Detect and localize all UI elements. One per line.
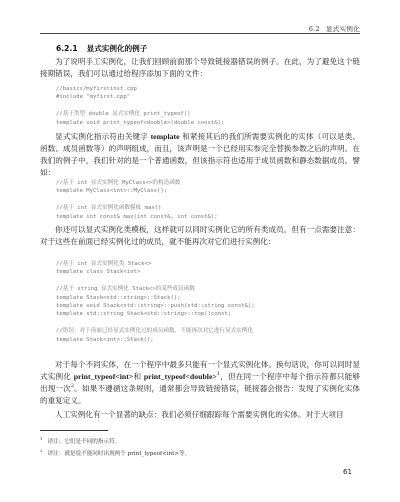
footnote-mark: 2	[40, 448, 43, 453]
text-segment: 和	[133, 372, 144, 381]
footnote-1: 1译注：它们是不同的指示符。	[40, 437, 120, 445]
text-segment: 人工实例化有一个显著的缺点：我们必须仔细跟踪每个需要实例化的实体。对于大项目	[55, 410, 344, 419]
code-line: template void print_typeof<double>(doubl…	[56, 119, 224, 127]
header-section-number: 6.2	[309, 25, 320, 33]
section-number: 6.2.1	[56, 44, 78, 53]
text-segment: 显式实例化指示符由关键字	[55, 132, 151, 141]
code-line: //basics/myfirstinst.cpp	[56, 85, 224, 93]
running-header: 6.2显式实例化	[40, 24, 360, 33]
code-line: //基于类型 double 显式实例化 print_typeof()	[56, 110, 224, 118]
footnote-text: 译注：就是说不能同时出现两个 print_typeof<int>等。	[48, 451, 191, 457]
code-line: template MyClass<int>::MyClass();	[56, 187, 218, 195]
code-line: #include "myfirst.cpp"	[56, 93, 224, 101]
paragraph-drawback: 人工实例化有一个显著的缺点：我们必须仔细跟踪每个需要实例化的实体。对于大项目	[40, 409, 360, 421]
code-line: //错误：对于前面已经显式实例化过的成员函数，不能再次对它进行显式实例化	[56, 327, 255, 335]
code-line: template std::string Stack<std::string>:…	[56, 310, 255, 318]
code-line	[56, 102, 224, 110]
inline-code-print-typeof-double: print_typeof<double>	[144, 372, 217, 381]
code-line: template Stack<int>::Stack();	[56, 336, 255, 344]
code-block-stack: //基于 int 显式实例化类 Stack<>template class St…	[56, 260, 255, 344]
code-line: template Stack<std::string>::Stack();	[56, 294, 255, 302]
paragraph-class-template: 你还可以显式实例化类模板，这样就可以同时实例化它的所有类成员。但有一点需要注意：…	[40, 224, 360, 248]
footnote-text: 译注：它们是不同的指示符。	[48, 439, 121, 445]
keyword-template: template	[151, 132, 180, 141]
paragraph-explicit-directive: 显式实例化指示符由关键字 template 和紧接其后的我们所需要实例化的实体（…	[40, 131, 360, 179]
header-rule	[40, 33, 360, 34]
code-line	[56, 277, 255, 285]
footnote-rule	[40, 430, 108, 431]
section-title: 显式实例化的例子	[87, 44, 148, 53]
paragraph-line: 为了说明手工实例化，让我们回顾前面那个导致链接器错误的例子。在此，为了避免这	[55, 57, 345, 66]
text-segment: 。如果不遵循这条规则，通常都会导致链接错误，链接器会报告：发现了实例化实体的重复…	[40, 384, 360, 405]
code-line	[56, 196, 218, 204]
code-block-myfirstinst: //basics/myfirstinst.cpp#include "myfirs…	[56, 85, 224, 127]
code-line: //基于 int 显式实例化函数模板 max()	[56, 204, 218, 212]
footnote-mark: 1	[40, 436, 43, 441]
page-number: 61	[343, 468, 352, 476]
section-heading: 6.2.1显式实例化的例子	[56, 43, 147, 54]
code-line: //基于 int 显式实例化 MyClass<>的构造函数	[56, 179, 218, 187]
code-block-myclass-max: //基于 int 显式实例化 MyClass<>的构造函数template My…	[56, 179, 218, 221]
code-line: //基于 string 显式实例化 Stack<>的某些成员函数	[56, 285, 255, 293]
footnote-2: 2译注：就是说不能同时出现两个 print_typeof<int>等。	[40, 449, 190, 457]
code-line: //基于 int 显式实例化类 Stack<>	[56, 260, 255, 268]
text-segment: 你还可以显式实例化类模板，这样就可以同时实例化它的所有类成员。但有一点需要注意：…	[40, 225, 360, 246]
code-line: template int const& max(int const&, int …	[56, 213, 218, 221]
paragraph-intro: 为了说明手工实例化，让我们回顾前面那个导致链接器错误的例子。在此，为了避免这个链…	[40, 56, 360, 80]
book-page: 6.2显式实例化 6.2.1显式实例化的例子 为了说明手工实例化，让我们回顾前面…	[0, 0, 400, 502]
code-line: template class Stack<int>	[56, 268, 255, 276]
header-section-title: 显式实例化	[326, 25, 360, 33]
inline-code-print-typeof-int: print_typeof<int>	[74, 372, 134, 381]
paragraph-one-definition: 对于每个不同实体，在一个程序中最多只能有一个显式实例化体。换句话说，你可以同时显…	[40, 359, 360, 407]
code-line	[56, 319, 255, 327]
code-line: template void Stack<std::string>::push(s…	[56, 302, 255, 310]
